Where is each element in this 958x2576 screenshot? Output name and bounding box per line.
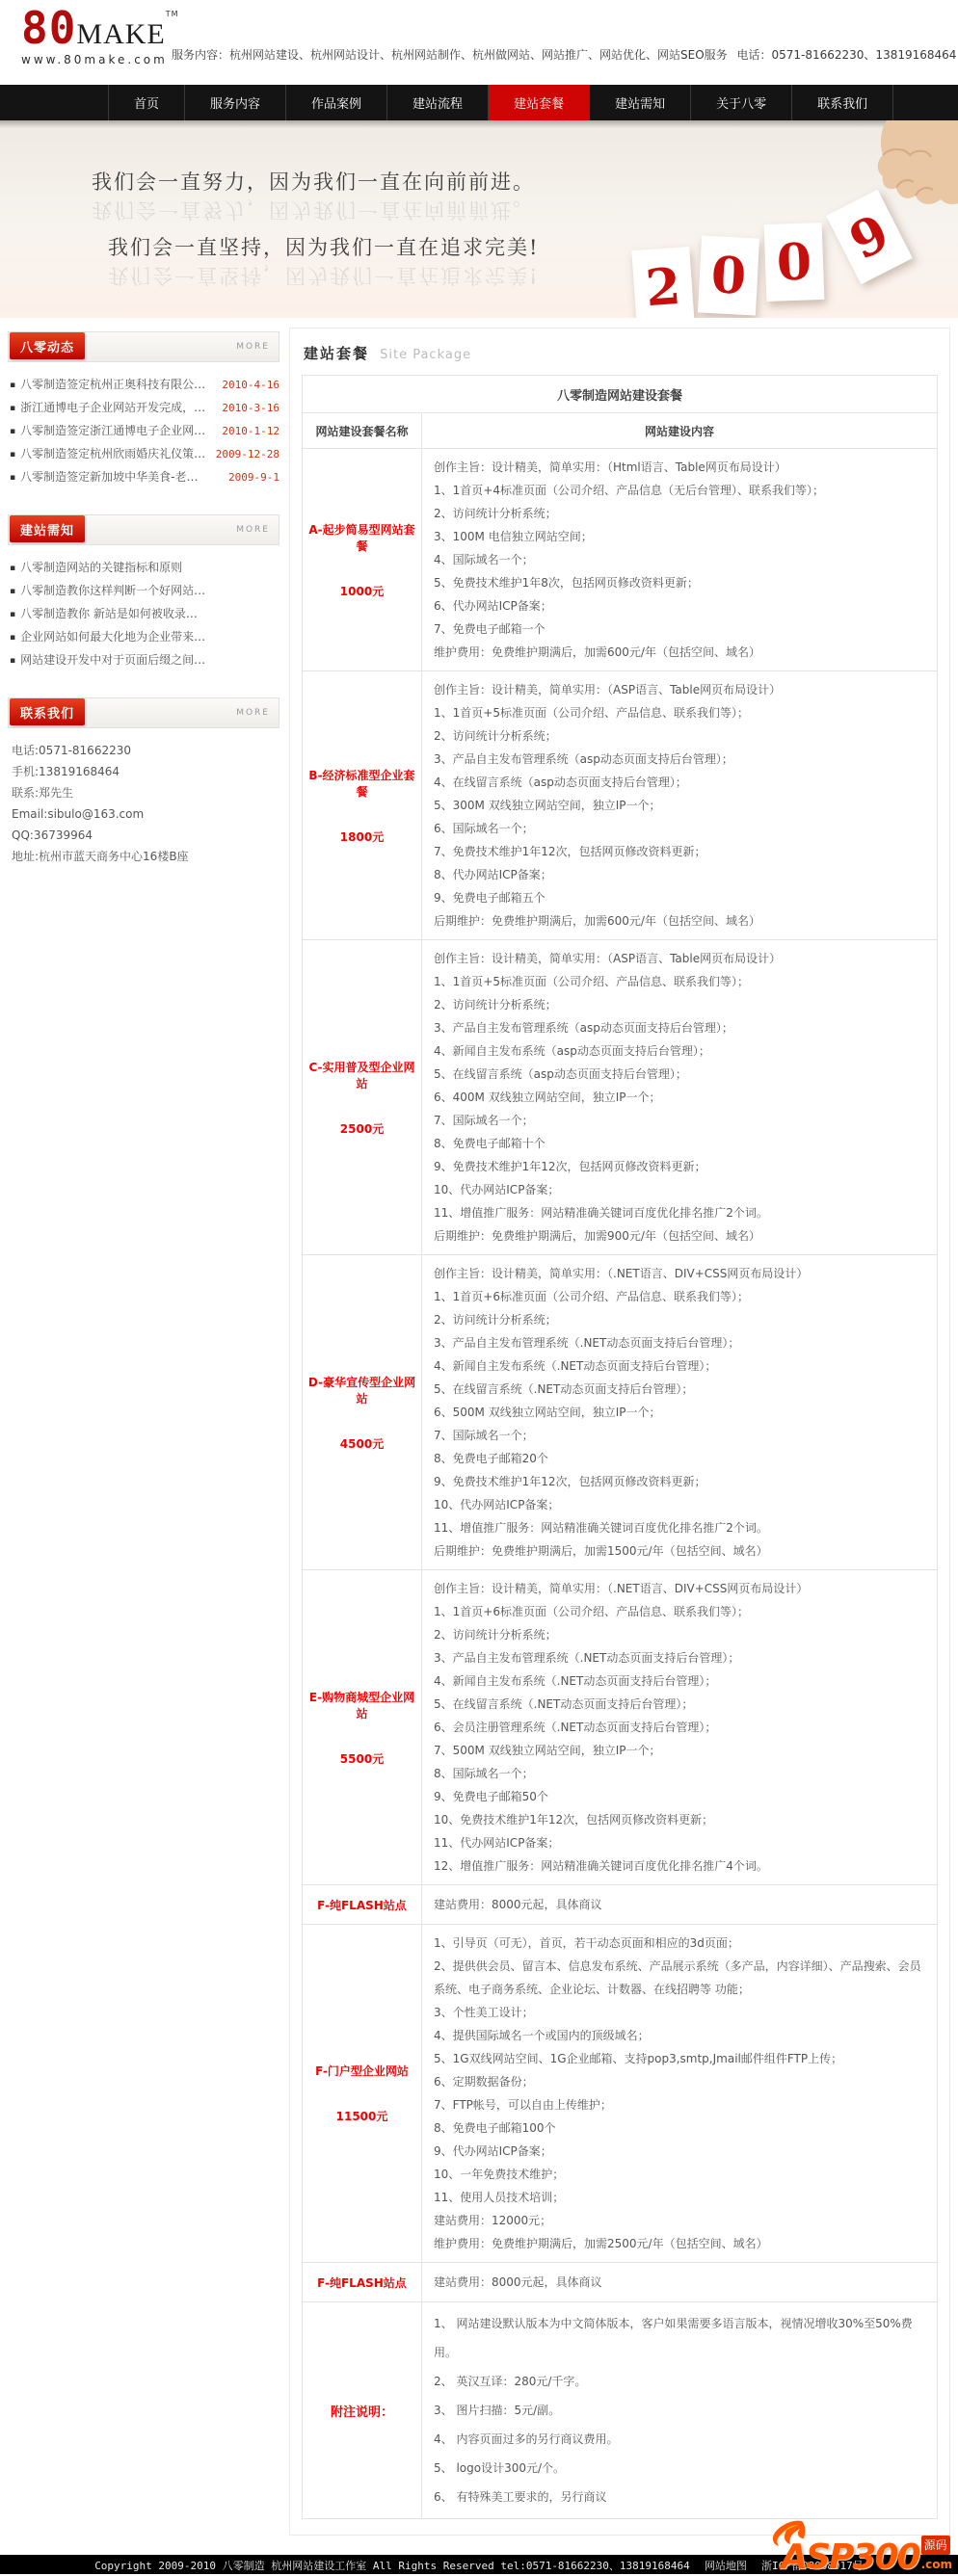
hand-photo: [827, 120, 958, 236]
contact-line: QQ:36739964: [8, 825, 279, 846]
nav-item[interactable]: 作品案例: [286, 85, 387, 120]
notice-title: 网站建设开发中对于页面后缀之间…: [20, 653, 205, 667]
package-feature-line: 4、新闻自主发布系统（.NET动态页面支持后台管理）；: [434, 1354, 925, 1378]
package-price: 4500元: [305, 1435, 419, 1452]
trademark-mark: TM: [166, 10, 179, 18]
bullet-icon: ▪: [10, 633, 15, 643]
year-digit-card: 0: [764, 223, 825, 302]
package-feature-line: 5、免费技术维护1年8次，包括网页修改资料更新；: [434, 571, 925, 594]
package-feature-line: 9、免费技术维护1年12次，包括网页修改资料更新；: [434, 1155, 925, 1178]
package-feature-line: 8、国际域名一个；: [434, 1762, 925, 1785]
section-title: 八零动态: [10, 332, 85, 359]
package-price: 5500元: [305, 1750, 419, 1767]
package-feature-line: 7、免费技术维护1年12次，包括网页修改资料更新；: [434, 840, 925, 863]
section-title: 联系我们: [10, 698, 85, 725]
package-feature-line: 4、国际域名一个；: [434, 548, 925, 571]
page-title-text: 建站套餐: [304, 345, 369, 362]
bullet-icon: ▪: [10, 427, 15, 436]
news-item[interactable]: ▪2010-4-16八零制造签定杭州正奥科技有限公…: [8, 374, 279, 397]
notice-item[interactable]: ▪网站建设开发中对于页面后缀之间…: [8, 649, 279, 672]
package-feature-line: 10、免费技术维护1年12次，包括网页修改资料更新；: [434, 1808, 925, 1831]
package-feature-line: 8、免费电子邮箱20个: [434, 1447, 925, 1470]
package-feature-line: 9、免费电子邮箱五个: [434, 886, 925, 909]
bullet-icon: ▪: [10, 587, 15, 596]
package-feature-line: 5、300M 双线独立网站空间，独立IP一个；: [434, 794, 925, 817]
banner-slogan-2: 我们会一直坚持，因为我们一直在追求完美! 我们会一直坚持，因为我们一直在追求完美…: [108, 232, 539, 291]
phone-numbers: 电话：0571-81662230、13819168464: [736, 48, 956, 62]
news-date: 2009-9-1: [228, 466, 279, 488]
package-feature-line: 维护费用：免费维护期满后，加需600元/年（包括空间、域名）: [434, 641, 925, 664]
main-nav: 首页服务内容作品案例建站流程建站套餐建站需知关于八零联系我们: [0, 85, 958, 120]
logo-url: www.80make.com: [21, 54, 179, 66]
notice-item[interactable]: ▪八零制造教你 新站是如何被收录…: [8, 603, 279, 626]
package-feature-line: 7、免费电子邮箱一个: [434, 618, 925, 641]
package-price: 11500元: [305, 2108, 419, 2124]
nav-item[interactable]: 首页: [108, 85, 185, 120]
notice-item[interactable]: ▪八零制造网站的关键指标和原则: [8, 557, 279, 580]
package-feature-line: 后期维护：免费维护期满后，加需600元/年（包括空间、域名）: [434, 909, 925, 933]
package-feature-line: 6、会员注册管理系统（.NET动态页面支持后台管理）；: [434, 1716, 925, 1739]
package-feature-line: 2、访问统计分析系统；: [434, 724, 925, 748]
sidebar: 八零动态 MORE ▪2010-4-16八零制造签定杭州正奥科技有限公…▪201…: [8, 331, 279, 892]
service-text: 服务内容：杭州网站建设、杭州网站设计、杭州网站制作、杭州做网站、网站推广、网站优…: [172, 48, 728, 62]
package-price: 1800元: [305, 828, 419, 845]
copyright-text: Copyright 2009-2010 八零制造 杭州网站建设工作室 All R…: [94, 2560, 690, 2572]
banner-slogan-1: 我们会一直努力，因为我们一直在向前前进。 我们会一直努力，因为我们一直在向前前进…: [92, 167, 535, 225]
package-feature-line: 4、新闻自主发布系统（.NET动态页面支持后台管理）；: [434, 1669, 925, 1693]
package-feature-line: 维护费用：免费维护期满后，加需2500元/年（包括空间、域名）: [434, 2232, 925, 2255]
watermark-suffix: .com: [921, 2555, 952, 2574]
bullet-icon: ▪: [10, 381, 15, 390]
year-digit-card: 0: [698, 235, 759, 315]
nav-item[interactable]: 服务内容: [185, 85, 286, 120]
news-item[interactable]: ▪2010-3-16浙江通博电子企业网站开发完成，…: [8, 397, 279, 420]
news-date: 2009-12-28: [216, 443, 279, 465]
slogan-reflection: 我们会一直努力，因为我们一直在向前前进。: [92, 197, 535, 225]
package-feature-line: 1、1首页+6标准页面（公司介绍、产品信息、联系我们等）；: [434, 1285, 925, 1308]
sitemap-link[interactable]: 网站地图: [705, 2560, 747, 2572]
package-row: D-豪华宣传型企业网站4500元创作主旨：设计精美，简单实用：（.NET语言、D…: [303, 1255, 938, 1570]
notice-item[interactable]: ▪八零制造教你这样判断一个好网站…: [8, 580, 279, 603]
page-content: 八零动态 MORE ▪2010-4-16八零制造签定杭州正奥科技有限公…▪201…: [0, 318, 958, 2549]
package-name: C-实用普及型企业网站: [305, 1059, 419, 1091]
package-feature-line: 7、500M 双线独立网站空间，独立IP一个；: [434, 1739, 925, 1762]
package-feature-line: 11、增值推广服务：网站精准确关键词百度优化排名推广2个词。: [434, 1516, 925, 1539]
package-feature-line: 3、个性美工设计；: [434, 2001, 925, 2024]
nav-item[interactable]: 联系我们: [792, 85, 893, 120]
contact-line: 地址:杭州市蓝天商务中心16楼B座: [8, 846, 279, 867]
package-feature-line: 6、代办网站ICP备案；: [434, 594, 925, 618]
nav-item[interactable]: 关于八零: [691, 85, 792, 120]
package-feature-line: 1、引导页（可无），首页，若干动态页面和相应的3d页面；: [434, 1932, 925, 1955]
package-feature-line: 6、 有特殊美工要求的，另行商议: [434, 2483, 925, 2511]
contact-line: 手机:13819168464: [8, 761, 279, 782]
package-table: 八零制造网站建设套餐 网站建设套餐名称 网站建设内容 A-起步简易型网站套餐10…: [302, 375, 938, 2519]
section-header: 建站需知 MORE: [8, 514, 279, 545]
package-feature-line: 12、增值推广服务：网站精准确关键词百度优化排名推广4个词。: [434, 1854, 925, 1878]
site-header: 80MAKETM www.80make.com 服务内容：杭州网站建设、杭州网站…: [0, 0, 958, 85]
bullet-icon: ▪: [10, 656, 15, 666]
package-feature-line: 创作主旨：设计精美，简单实用：（.NET语言、DIV+CSS网页布局设计）: [434, 1262, 925, 1285]
more-link[interactable]: MORE: [236, 342, 270, 352]
package-feature-line: 9、免费电子邮箱50个: [434, 1785, 925, 1808]
nav-item[interactable]: 建站套餐: [489, 85, 590, 120]
package-feature-line: 2、 英汉互译：280元/千字。: [434, 2367, 925, 2396]
package-feature-line: 1、 网站建设默认版本为中文简体版本，客户如果需要多语言版本，视情况增收30%至…: [434, 2309, 925, 2367]
package-name: 附注说明：: [305, 2402, 419, 2420]
package-feature-line: 10、一年免费技术维护；: [434, 2163, 925, 2186]
contact-line: Email:sibulo@163.com: [8, 803, 279, 825]
package-price: 2500元: [305, 1120, 419, 1137]
news-title: 浙江通博电子企业网站开发完成，…: [20, 401, 205, 414]
package-name: A-起步简易型网站套餐: [305, 521, 419, 554]
year-digit-card: 2: [631, 247, 694, 318]
column-header-content: 网站建设内容: [422, 413, 938, 449]
package-feature-line: 8、免费电子邮箱十个: [434, 1132, 925, 1155]
package-feature-line: 创作主旨：设计精美，简单实用：（ASP语言、Table网页布局设计）: [434, 947, 925, 970]
package-name: D-豪华宣传型企业网站: [305, 1374, 419, 1406]
package-feature-line: 11、代办网站ICP备案；: [434, 1831, 925, 1854]
package-name: F-纯FLASH站点: [305, 1897, 419, 1913]
table-caption: 八零制造网站建设套餐: [303, 376, 938, 413]
package-feature-line: 后期维护：免费维护期满后，加需1500元/年（包括空间、域名）: [434, 1539, 925, 1563]
package-row: F-纯FLASH站点建站费用：8000元起，具体商议: [303, 1885, 938, 1925]
package-feature-line: 5、在线留言系统（.NET动态页面支持后台管理）；: [434, 1378, 925, 1401]
package-row: F-纯FLASH站点建站费用：8000元起，具体商议: [303, 2263, 938, 2302]
hero-banner: 我们会一直努力，因为我们一直在向前前进。 我们会一直努力，因为我们一直在向前前进…: [0, 120, 958, 318]
package-feature-line: 9、免费技术维护1年12次，包括网页修改资料更新；: [434, 1470, 925, 1493]
news-title: 八零制造签定杭州正奥科技有限公…: [20, 378, 205, 391]
watermark-tag: 源码: [921, 2536, 950, 2555]
package-feature-line: 4、 内容页面过多的另行商议费用。: [434, 2425, 925, 2454]
package-feature-line: 11、使用人员技术培训；: [434, 2186, 925, 2209]
page-title: 建站套餐 Site Package: [302, 340, 938, 375]
package-table-body: A-起步简易型网站套餐1000元创作主旨：设计精美，简单实用：（Html语言、T…: [303, 449, 938, 2519]
package-row: B-经济标准型企业套餐1800元创作主旨：设计精美，简单实用：（ASP语言、Ta…: [303, 671, 938, 940]
page-subtitle: Site Package: [380, 348, 471, 362]
watermark-brand: ASP300: [781, 2540, 918, 2575]
package-feature-line: 4、在线留言系统（asp动态页面支持后台管理）；: [434, 771, 925, 794]
package-name: F-门户型企业网站: [305, 2063, 419, 2079]
package-feature-line: 后期维护：免费维护期满后，加需900元/年（包括空间、域名）: [434, 1224, 925, 1248]
package-feature-line: 6、500M 双线独立网站空间，独立IP一个；: [434, 1401, 925, 1424]
more-link[interactable]: MORE: [236, 708, 270, 718]
package-name: E-购物商城型企业网站: [305, 1689, 419, 1722]
section-title: 建站需知: [10, 515, 85, 542]
notice-item[interactable]: ▪企业网站如何最大化地为企业带来…: [8, 626, 279, 649]
bullet-icon: ▪: [10, 473, 15, 483]
package-feature-line: 3、产品自主发布管理系统（.NET动态页面支持后台管理）；: [434, 1646, 925, 1669]
package-row: E-购物商城型企业网站5500元创作主旨：设计精美，简单实用：（.NET语言、D…: [303, 1570, 938, 1885]
package-feature-line: 3、产品自主发布管理系统（.NET动态页面支持后台管理）；: [434, 1331, 925, 1354]
news-title: 八零制造签定浙江通博电子企业网…: [20, 424, 205, 437]
package-feature-line: 11、增值推广服务：网站精准确关键词百度优化排名推广2个词。: [434, 1201, 925, 1224]
section-header: 八零动态 MORE: [8, 331, 279, 362]
package-feature-line: 6、400M 双线独立网站空间，独立IP一个；: [434, 1086, 925, 1109]
package-feature-line: 9、代办网站ICP备案；: [434, 2140, 925, 2163]
notice-title: 八零制造教你这样判断一个好网站…: [20, 584, 205, 597]
site-logo[interactable]: 80MAKETM www.80make.com: [21, 6, 179, 66]
bullet-icon: ▪: [10, 610, 15, 619]
more-link[interactable]: MORE: [236, 525, 270, 535]
package-feature-line: 7、国际域名一个；: [434, 1424, 925, 1447]
package-feature-line: 3、产品自主发布管理系统（asp动态页面支持后台管理）；: [434, 1016, 925, 1039]
notice-title: 企业网站如何最大化地为企业带来…: [20, 630, 205, 644]
package-feature-line: 5、在线留言系统（.NET动态页面支持后台管理）；: [434, 1693, 925, 1716]
contact-line: 联系:郑先生: [8, 782, 279, 803]
news-item[interactable]: ▪2010-1-12八零制造签定浙江通博电子企业网…: [8, 420, 279, 443]
package-feature-line: 创作主旨：设计精美，简单实用：（Html语言、Table网页布局设计）: [434, 456, 925, 479]
bullet-icon: ▪: [10, 450, 15, 460]
package-feature-line: 创作主旨：设计精美，简单实用：（ASP语言、Table网页布局设计）: [434, 678, 925, 701]
nav-item[interactable]: 建站流程: [387, 85, 489, 120]
package-feature-line: 2、访问统计分析系统；: [434, 993, 925, 1016]
package-name: B-经济标准型企业套餐: [305, 767, 419, 800]
package-feature-line: 6、定期数据备份；: [434, 2070, 925, 2093]
logo-word: MAKE: [76, 18, 165, 50]
package-feature-line: 3、100M 电信独立网站空间；: [434, 525, 925, 548]
package-feature-line: 建站费用：8000元起，具体商议: [434, 1892, 925, 1917]
news-title: 八零制造签定杭州欣雨婚庆礼仪策…: [20, 447, 205, 460]
package-row: A-起步简易型网站套餐1000元创作主旨：设计精美，简单实用：（Html语言、T…: [303, 449, 938, 671]
package-row: C-实用普及型企业网站2500元创作主旨：设计精美，简单实用：（ASP语言、Ta…: [303, 940, 938, 1255]
package-feature-line: 5、在线留言系统（asp动态页面支持后台管理）；: [434, 1063, 925, 1086]
package-feature-line: 3、 图片扫描：5元/副。: [434, 2396, 925, 2425]
package-feature-line: 3、产品自主发布管理系统（asp动态页面支持后台管理）；: [434, 748, 925, 771]
package-feature-line: 建站费用：12000元；: [434, 2209, 925, 2232]
notice-title: 八零制造网站的关键指标和原则: [20, 561, 182, 574]
package-feature-line: 2、访问统计分析系统；: [434, 502, 925, 525]
bullet-icon: ▪: [10, 404, 15, 413]
package-feature-line: 10、代办网站ICP备案；: [434, 1178, 925, 1201]
package-feature-line: 2、提供供会员、留言本、信息发布系统、产品展示系统（多产品，内容详细）、产品搜索…: [434, 1955, 925, 2001]
package-feature-line: 8、代办网站ICP备案；: [434, 863, 925, 886]
news-date: 2010-3-16: [222, 397, 279, 419]
service-line: 服务内容：杭州网站建设、杭州网站设计、杭州网站制作、杭州做网站、网站推广、网站优…: [172, 46, 956, 63]
package-feature-line: 2、访问统计分析系统；: [434, 1623, 925, 1646]
news-item[interactable]: ▪2009-12-28八零制造签定杭州欣雨婚庆礼仪策…: [8, 443, 279, 466]
package-feature-line: 4、提供国际域名一个或国内的顶级域名；: [434, 2024, 925, 2047]
package-feature-line: 8、免费电子邮箱100个: [434, 2116, 925, 2140]
package-feature-line: 10、代办网站ICP备案；: [434, 1493, 925, 1516]
bullet-icon: ▪: [10, 564, 15, 573]
package-price: 1000元: [305, 583, 419, 599]
main-panel: 建站套餐 Site Package 八零制造网站建设套餐 网站建设套餐名称 网站…: [289, 328, 950, 2536]
sidebar-section-notice: 建站需知 MORE ▪八零制造网站的关键指标和原则▪八零制造教你这样判断一个好网…: [8, 514, 279, 672]
package-feature-line: 创作主旨：设计精美，简单实用：（.NET语言、DIV+CSS网页布局设计）: [434, 1577, 925, 1600]
package-feature-line: 建站费用：8000元起，具体商议: [434, 2270, 925, 2295]
package-feature-line: 1、1首页+5标准页面（公司介绍、产品信息、联系我们等）；: [434, 701, 925, 724]
package-feature-line: 7、FTP帐号，可以自由上传维护；: [434, 2093, 925, 2116]
logo-number: 80: [21, 2, 76, 54]
news-item[interactable]: ▪2009-9-1八零制造签定新加坡中华美食-老…: [8, 466, 279, 489]
package-name: F-纯FLASH站点: [305, 2274, 419, 2291]
package-row: F-门户型企业网站11500元1、引导页（可无），首页，若干动态页面和相应的3d…: [303, 1925, 938, 2263]
news-date: 2010-4-16: [222, 374, 279, 396]
news-title: 八零制造签定新加坡中华美食-老…: [20, 470, 198, 484]
page-footer: Copyright 2009-2010 八零制造 杭州网站建设工作室 All R…: [0, 2555, 958, 2574]
slogan-reflection: 我们会一直坚持，因为我们一直在追求完美!: [108, 262, 539, 291]
nav-item[interactable]: 建站需知: [590, 85, 691, 120]
package-feature-line: 5、 logo设计300元/个。: [434, 2454, 925, 2483]
package-feature-line: 7、国际域名一个；: [434, 1109, 925, 1132]
package-feature-line: 1、1首页+4标准页面（公司介绍、产品信息（无后台管理）、联系我们等）；: [434, 479, 925, 502]
news-date: 2010-1-12: [222, 420, 279, 442]
package-feature-line: 1、1首页+5标准页面（公司介绍、产品信息、联系我们等）；: [434, 970, 925, 993]
asp300-watermark[interactable]: ASP300 源码 .com: [763, 2517, 952, 2575]
contact-line: 电话:0571-81662230: [8, 740, 279, 761]
package-feature-line: 4、新闻自主发布系统（asp动态页面支持后台管理）；: [434, 1039, 925, 1063]
package-feature-line: 5、1G双线网站空间、1G企业邮箱、支持pop3,smtp,Jmail邮件组件F…: [434, 2047, 925, 2070]
package-feature-line: 1、1首页+6标准页面（公司介绍、产品信息、联系我们等）；: [434, 1600, 925, 1623]
sidebar-section-contact: 联系我们 MORE 电话:0571-81662230手机:13819168464…: [8, 697, 279, 867]
section-header: 联系我们 MORE: [8, 697, 279, 728]
sidebar-section-news: 八零动态 MORE ▪2010-4-16八零制造签定杭州正奥科技有限公…▪201…: [8, 331, 279, 489]
package-row: 附注说明：1、 网站建设默认版本为中文简体版本，客户如果需要多语言版本，视情况增…: [303, 2302, 938, 2519]
column-header-name: 网站建设套餐名称: [303, 413, 422, 449]
package-feature-line: 6、国际域名一个；: [434, 817, 925, 840]
package-feature-line: 2、访问统计分析系统；: [434, 1308, 925, 1331]
notice-title: 八零制造教你 新站是如何被收录…: [20, 607, 198, 620]
